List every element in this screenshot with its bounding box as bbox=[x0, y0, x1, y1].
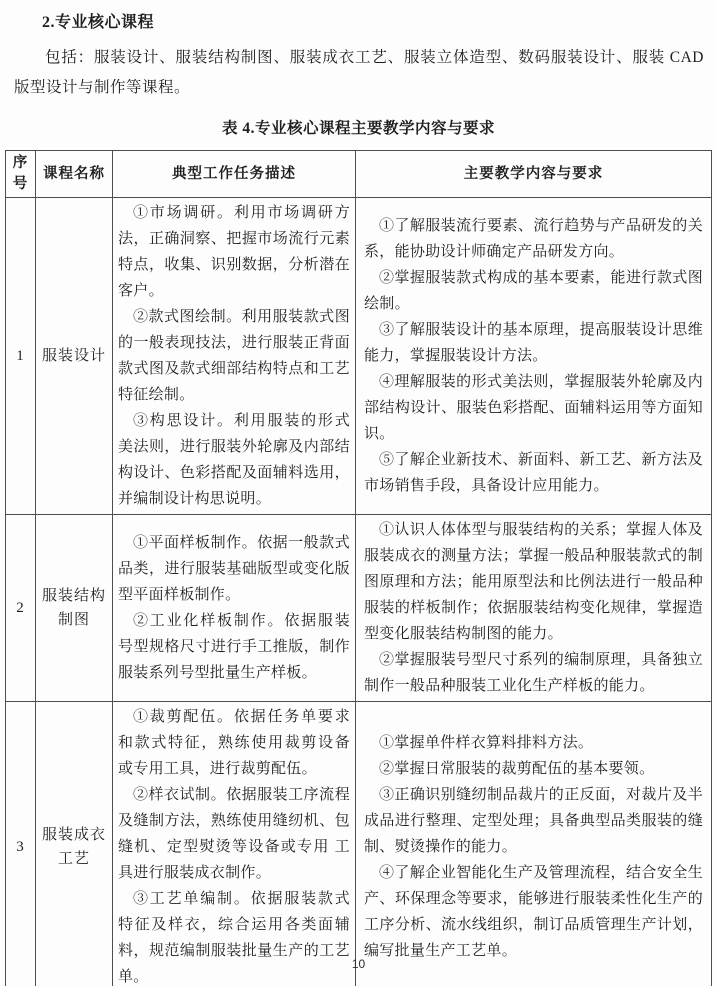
task-item: ①平面样板制作。依据一般款式品类，进行服装基础版型或变化版型平面样板制作。 bbox=[118, 530, 350, 608]
course-name: 服装成衣工艺 bbox=[36, 702, 113, 986]
requirement-item: ①掌握单件样衣算料排料方法。 bbox=[364, 730, 703, 756]
requirement-item: ④了解企业智能化生产及管理流程，结合安全生产、环保理念等要求，能够进行服装柔性化… bbox=[364, 860, 703, 964]
requirement-item: ④理解服装的形式美法则，掌握服装外轮廓及内部结构设计、服装色彩搭配、面辅料运用等… bbox=[364, 369, 703, 447]
requirements-cell: ①掌握单件样衣算料排料方法。②掌握日常服装的裁剪配伍的基本要领。③正确识别缝纫制… bbox=[356, 702, 712, 986]
table-row: 3服装成衣工艺①裁剪配伍。依据任务单要求 和款式特征，熟练使用裁剪设备 或专用工… bbox=[6, 702, 712, 986]
requirements-cell: ①了解服装流行要素、流行趋势与产品研发的关系，能协助设计师确定产品研发方向。②掌… bbox=[356, 198, 712, 515]
requirements-cell: ①认识人体体型与服装结构的关系；掌握人体及服装成衣的测量方法；掌握一般品种服装款… bbox=[356, 515, 712, 702]
requirement-item: ③了解服装设计的基本原理，提高服装设计思维能力，掌握服装设计方法。 bbox=[364, 317, 703, 369]
table-body: 1服装设计①市场调研。利用市场调研方法，正确洞察、把握市场流行元素特点，收集、识… bbox=[6, 198, 712, 986]
course-name: 服装设计 bbox=[36, 198, 113, 515]
task-description-cell: ①裁剪配伍。依据任务单要求 和款式特征，熟练使用裁剪设备 或专用工具，进行裁剪配… bbox=[113, 702, 356, 986]
document-page: 2.专业核心课程 包括：服装设计、服装结构制图、服装成衣工艺、服装立体造型、数码… bbox=[0, 0, 717, 986]
requirement-item: ③正确识别缝纫制品裁片的正反面，对裁片及半成品进行整理、定型处理；具备典型品类服… bbox=[364, 782, 703, 860]
task-item: ①裁剪配伍。依据任务单要求 和款式特征，熟练使用裁剪设备 或专用工具，进行裁剪配… bbox=[118, 704, 350, 782]
task-item: ①市场调研。利用市场调研方法，正确洞察、把握市场流行元素特点，收集、识别数据，分… bbox=[118, 200, 350, 304]
task-description-cell: ①市场调研。利用市场调研方法，正确洞察、把握市场流行元素特点，收集、识别数据，分… bbox=[113, 198, 356, 515]
intro-paragraph: 包括：服装设计、服装结构制图、服装成衣工艺、服装立体造型、数码服装设计、服装 C… bbox=[14, 43, 704, 103]
requirement-item: ①认识人体体型与服装结构的关系；掌握人体及服装成衣的测量方法；掌握一般品种服装款… bbox=[364, 517, 703, 647]
header-task-description: 典型工作任务描述 bbox=[113, 151, 356, 198]
row-number: 3 bbox=[6, 702, 36, 986]
task-description-cell: ①平面样板制作。依据一般款式品类，进行服装基础版型或变化版型平面样板制作。②工业… bbox=[113, 515, 356, 702]
task-item: ③工艺单编制。依据服装款式 特征及样衣，综合运用各类面辅 料，规范编制服装批量生… bbox=[118, 886, 350, 986]
table-row: 2服装结构制图①平面样板制作。依据一般款式品类，进行服装基础版型或变化版型平面样… bbox=[6, 515, 712, 702]
page-number: 10 bbox=[0, 957, 717, 971]
requirement-item: ②掌握服装款式构成的基本要素，能进行款式图绘制。 bbox=[364, 265, 703, 317]
header-requirements: 主要教学内容与要求 bbox=[356, 151, 712, 198]
header-course-name: 课程名称 bbox=[36, 151, 113, 198]
core-courses-table: 序号 课程名称 典型工作任务描述 主要教学内容与要求 1服装设计①市场调研。利用… bbox=[5, 150, 712, 986]
table-row: 1服装设计①市场调研。利用市场调研方法，正确洞察、把握市场流行元素特点，收集、识… bbox=[6, 198, 712, 515]
row-number: 1 bbox=[6, 198, 36, 515]
row-number: 2 bbox=[6, 515, 36, 702]
requirement-item: ⑤了解企业新技术、新面料、新工艺、新方法及市场销售手段，具备设计应用能力。 bbox=[364, 447, 703, 499]
requirement-item: ②掌握日常服装的裁剪配伍的基本要领。 bbox=[364, 756, 703, 782]
course-name: 服装结构制图 bbox=[36, 515, 113, 702]
task-item: ③构思设计。利用服装的形式 美法则，进行服装外轮廓及内部结构设计、色彩搭配及面辅… bbox=[118, 408, 350, 512]
section-heading: 2.专业核心课程 bbox=[42, 9, 703, 32]
table-title: 表 4.专业核心课程主要教学内容与要求 bbox=[0, 116, 717, 138]
task-item: ②样衣试制。依据服装工序流程及缝制方法，熟练使用缝纫机、包缝机、定型熨烫等设备或… bbox=[118, 782, 350, 886]
table-header-row: 序号 课程名称 典型工作任务描述 主要教学内容与要求 bbox=[6, 151, 712, 198]
header-no: 序号 bbox=[6, 151, 36, 198]
requirement-item: ②掌握服装号型尺寸系列的编制原理，具备独立制作一般品种服装工业化生产样板的能力。 bbox=[364, 647, 703, 699]
task-item: ②款式图绘制。利用服装款式图的一般表现技法，进行服装正背面款式图及款式细部结构特… bbox=[118, 304, 350, 408]
task-item: ②工业化样板制作。依据服装 号型规格尺寸进行手工推版，制作服装系列号型批量生产样… bbox=[118, 608, 350, 686]
requirement-item: ①了解服装流行要素、流行趋势与产品研发的关系，能协助设计师确定产品研发方向。 bbox=[364, 213, 703, 265]
